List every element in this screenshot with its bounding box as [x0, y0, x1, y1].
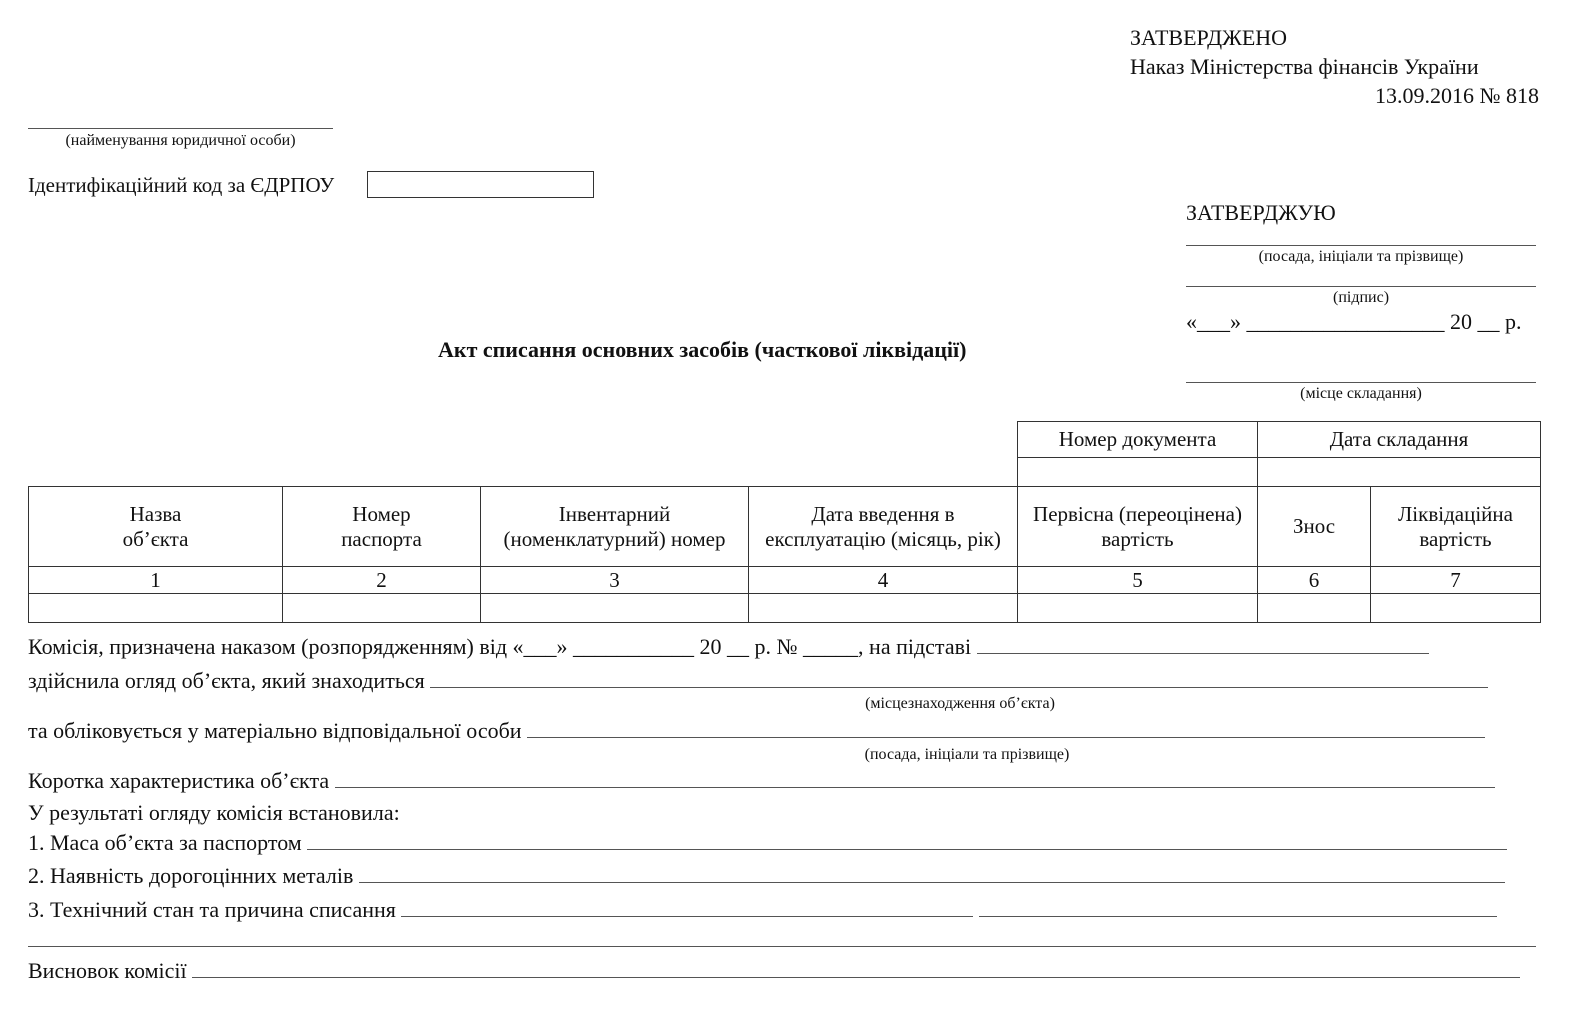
- entity-name-field[interactable]: [28, 128, 333, 129]
- edrpou-input[interactable]: [367, 171, 594, 198]
- column-number-1: 1: [29, 567, 283, 594]
- item-metals-line: 2. Наявність дорогоцінних металів: [28, 862, 1505, 889]
- edrpou-label: Ідентифікаційний код за ЄДРПОУ: [28, 173, 334, 198]
- column-header-6: Знос: [1258, 487, 1371, 567]
- column-number-4: 4: [749, 567, 1018, 594]
- assets-table: Назваоб’єктаНомерпаспортаІнвентарний(ном…: [28, 486, 1541, 623]
- doc-date-header: Дата складання: [1258, 422, 1541, 458]
- table-cell[interactable]: [283, 594, 481, 623]
- column-number-2: 2: [283, 567, 481, 594]
- location-field[interactable]: [430, 667, 1488, 688]
- basis-field[interactable]: [977, 633, 1429, 654]
- place-caption: (місце складання): [1186, 384, 1536, 403]
- table-header-row: Назваоб’єктаНомерпаспортаІнвентарний(ном…: [29, 487, 1541, 567]
- short-description-field[interactable]: [335, 767, 1495, 788]
- table-cell[interactable]: [749, 594, 1018, 623]
- mass-field[interactable]: [307, 829, 1507, 850]
- approved-order-line: Наказ Міністерства фінансів України: [1130, 54, 1479, 80]
- condition-field-b[interactable]: [979, 896, 1497, 917]
- accounted-line: та обліковується у матеріально відповіда…: [28, 717, 1485, 744]
- table-cell[interactable]: [1258, 594, 1371, 623]
- item-mass-line: 1. Маса об’єкта за паспортом: [28, 829, 1507, 856]
- table-cell[interactable]: [1371, 594, 1541, 623]
- entity-name-caption: (найменування юридичної особи): [28, 131, 333, 150]
- approved-order-date: 13.09.2016 № 818: [1375, 83, 1539, 109]
- column-header-5: Первісна (переоцінена)вартість: [1018, 487, 1258, 567]
- table-cell[interactable]: [29, 594, 283, 623]
- approver-position-caption: (посада, ініціали та прізвище): [1186, 247, 1536, 266]
- person-caption: (посада, ініціали та прізвище): [767, 745, 1167, 764]
- column-header-7: Ліквідаційнавартість: [1371, 487, 1541, 567]
- table-cell[interactable]: [481, 594, 749, 623]
- approver-position-field[interactable]: [1186, 245, 1536, 246]
- column-number-7: 7: [1371, 567, 1541, 594]
- approve-heading: ЗАТВЕРДЖУЮ: [1186, 200, 1336, 226]
- column-number-3: 3: [481, 567, 749, 594]
- location-caption: (місцезнаходження об’єкта): [760, 694, 1160, 713]
- inspected-line: здійснила огляд об’єкта, який знаходитьс…: [28, 667, 1488, 694]
- commission-line: Комісія, призначена наказом (розпоряджен…: [28, 633, 1429, 660]
- short-description-line: Коротка характеристика об’єкта: [28, 767, 1495, 794]
- doc-number-header: Номер документа: [1018, 422, 1258, 458]
- column-header-1: Назваоб’єкта: [29, 487, 283, 567]
- column-header-4: Дата введення вексплуатацію (місяць, рік…: [749, 487, 1018, 567]
- doc-number-cell[interactable]: [1018, 458, 1258, 487]
- condition-continuation-field[interactable]: [28, 946, 1536, 947]
- approver-signature-field[interactable]: [1186, 286, 1536, 287]
- conclusion-line: Висновок комісії: [28, 957, 1520, 984]
- responsible-person-field[interactable]: [527, 717, 1485, 738]
- place-field[interactable]: [1186, 382, 1536, 383]
- doc-date-cell[interactable]: [1258, 458, 1541, 487]
- item-condition-line: 3. Технічний стан та причина списання: [28, 896, 1497, 923]
- precious-metals-field[interactable]: [359, 862, 1505, 883]
- column-header-2: Номерпаспорта: [283, 487, 481, 567]
- approver-signature-caption: (підпис): [1186, 288, 1536, 307]
- column-number-5: 5: [1018, 567, 1258, 594]
- conclusion-field[interactable]: [192, 957, 1520, 978]
- approved-heading: ЗАТВЕРДЖЕНО: [1130, 25, 1287, 51]
- result-intro: У результаті огляду комісія встановила:: [28, 800, 400, 826]
- column-header-3: Інвентарний(номенклатурний) номер: [481, 487, 749, 567]
- table-cell[interactable]: [1018, 594, 1258, 623]
- document-title: Акт списання основних засобів (часткової…: [438, 337, 966, 363]
- table-number-row: 1234567: [29, 567, 1541, 594]
- doc-info-table: Номер документа Дата складання: [1017, 421, 1541, 487]
- approve-date-line[interactable]: «___» __________________ 20 __ р.: [1186, 309, 1522, 335]
- table-row: [29, 594, 1541, 623]
- condition-field-a[interactable]: [401, 896, 973, 917]
- column-number-6: 6: [1258, 567, 1371, 594]
